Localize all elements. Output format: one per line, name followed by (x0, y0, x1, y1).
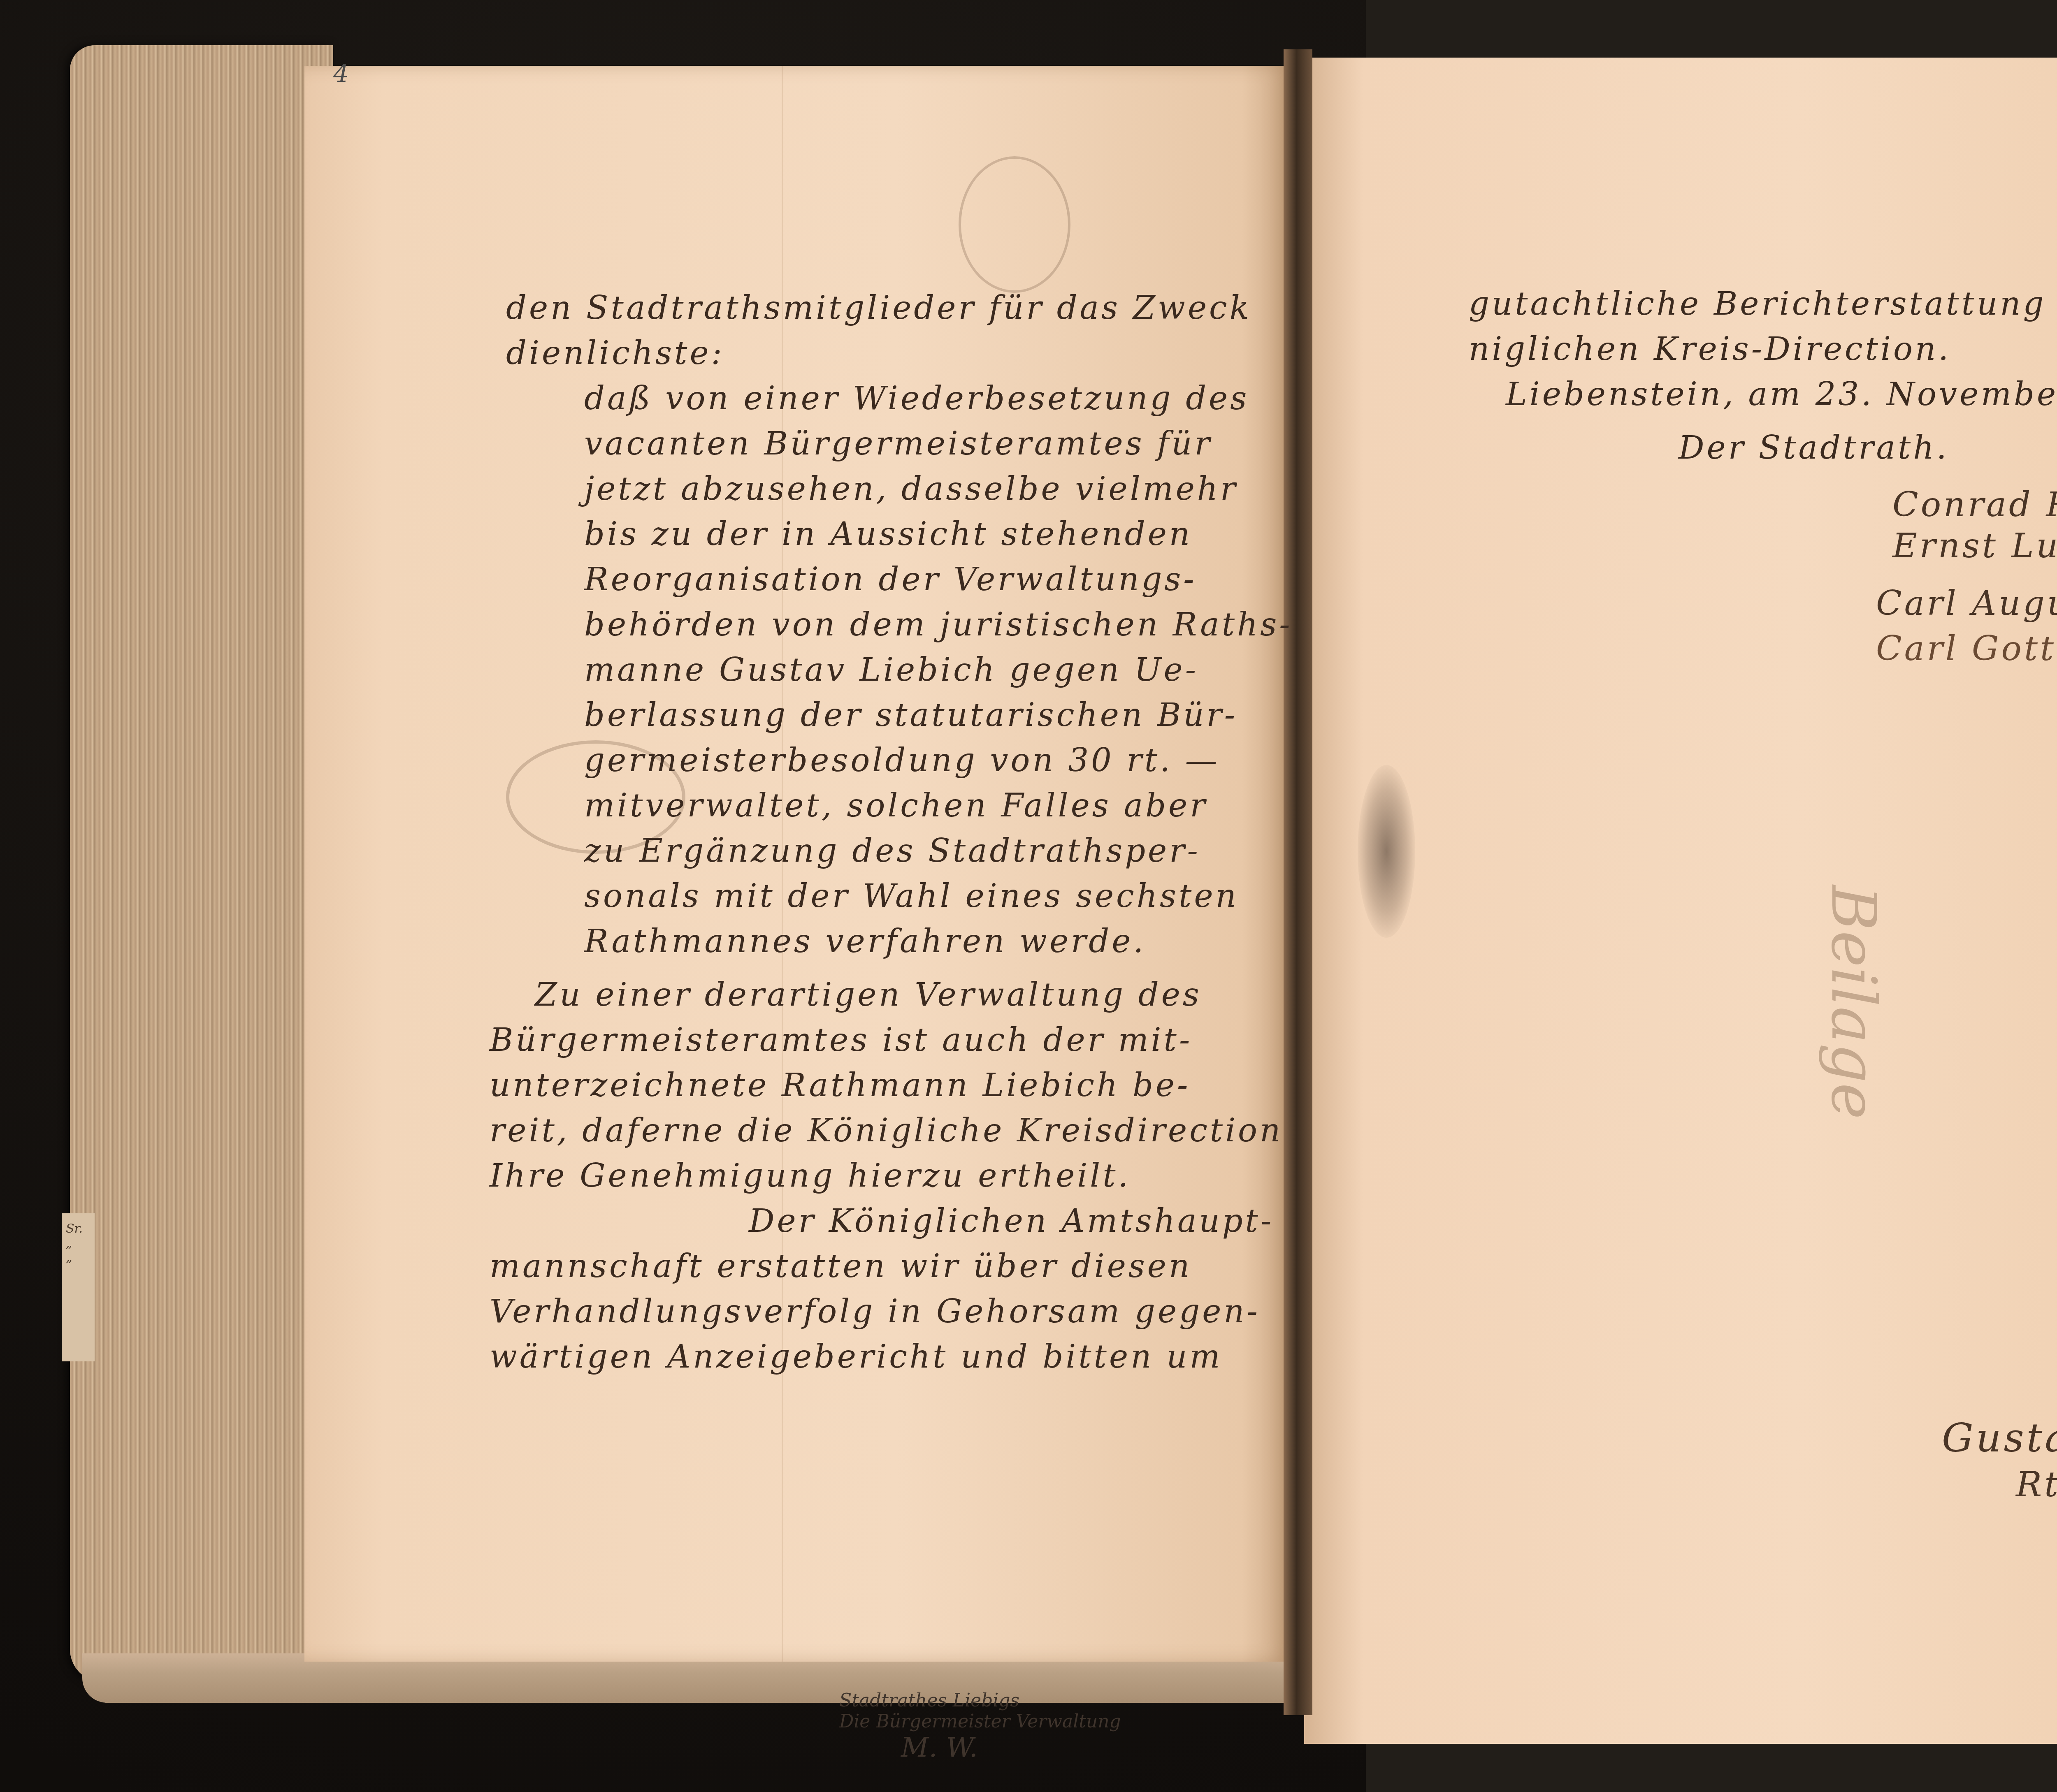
text-line: germeisterbesoldung von 30 rt. — (584, 744, 1220, 777)
text-line: Rathmannes verfahren werde. (584, 925, 1146, 957)
signature: Carl August Baumbügel (1876, 584, 2057, 623)
text-line: den Stadtrathsmitglieder für das Zweck (506, 292, 1251, 324)
text-line: mitverwaltet, solchen Falles aber (584, 790, 1208, 822)
spine-label-line: Stadtrathes Liebigs (839, 1690, 1121, 1711)
text-line: daß von einer Wiederbesetzung des (584, 383, 1249, 415)
text-line: Zu einer derartigen Verwaltung des (535, 979, 1202, 1011)
spine-label: Stadtrathes Liebigs Die Bürgermeister Ve… (839, 1690, 1121, 1763)
text-line: mannschaft erstatten wir über diesen (490, 1250, 1192, 1282)
text-line: behörden von dem juristischen Raths- (584, 609, 1293, 641)
text-line: berlassung der statutarischen Bür- (584, 699, 1237, 731)
text-line: Verhandlungsverfolg in Gehorsam gegen- (490, 1296, 1260, 1328)
spine-label-initials: M. W. (839, 1732, 1121, 1763)
signature: Carl Gottlob Rascher. (1876, 629, 2057, 668)
inserted-margin-slip: Sr.„„ (62, 1213, 95, 1361)
text-line: Ihre Genehmigung hierzu ertheilt. (490, 1160, 1131, 1192)
closing-signature: Gustav Liebich (1942, 1415, 2057, 1461)
text-line: gutachtliche Berichterstattung zur Kö- (1469, 288, 2057, 320)
text-line: zu Ergänzung des Stadtrathsper- (584, 835, 1200, 867)
page-corner-mark: 4 (333, 60, 349, 88)
text-line: sonals mit der Wahl eines sechsten (584, 880, 1239, 912)
page-stack-edge (70, 45, 333, 1682)
text-line: Reorganisation der Verwaltungs- (584, 563, 1197, 596)
sender-line: Der Stadtrath. (1679, 432, 1949, 464)
book-gutter (1284, 49, 1312, 1715)
text-line: Der Königlichen Amtshaupt- (749, 1205, 1274, 1237)
text-line: Bürgermeisteramtes ist auch der mit- (490, 1024, 1192, 1056)
text-line: jetzt abzusehen, dasselbe vielmehr (584, 473, 1238, 505)
date-line: Liebenstein, am 23. November 1853. (1506, 378, 2057, 410)
text-line: unterzeichnete Rathmann Liebich be- (490, 1069, 1190, 1101)
bleed-through-text: Beilage (1818, 885, 1889, 1119)
text-line: reit, daferne die Königliche Kreisdirect… (490, 1115, 1283, 1147)
closing-signature-title: Rthm. u. Stadt (2016, 1464, 2057, 1505)
bleed-through-flourish (959, 156, 1070, 293)
text-line: manne Gustav Liebich gegen Ue- (584, 654, 1198, 686)
signature: Conrad Ritterlich (1892, 485, 2057, 524)
signature: Ernst Ludwig Fritzsche (1892, 526, 2057, 566)
text-line: dienlichste: (506, 337, 724, 369)
text-line: vacanten Bürgermeisteramtes für (584, 428, 1212, 460)
spine-label-line: Die Bürgermeister Verwaltung (839, 1711, 1121, 1732)
ink-stain (1358, 765, 1415, 938)
text-line: niglichen Kreis-Direction. (1469, 333, 1951, 365)
text-line: bis zu der in Aussicht stehenden (584, 518, 1192, 550)
text-line: wärtigen Anzeigebericht und bitten um (490, 1341, 1222, 1373)
